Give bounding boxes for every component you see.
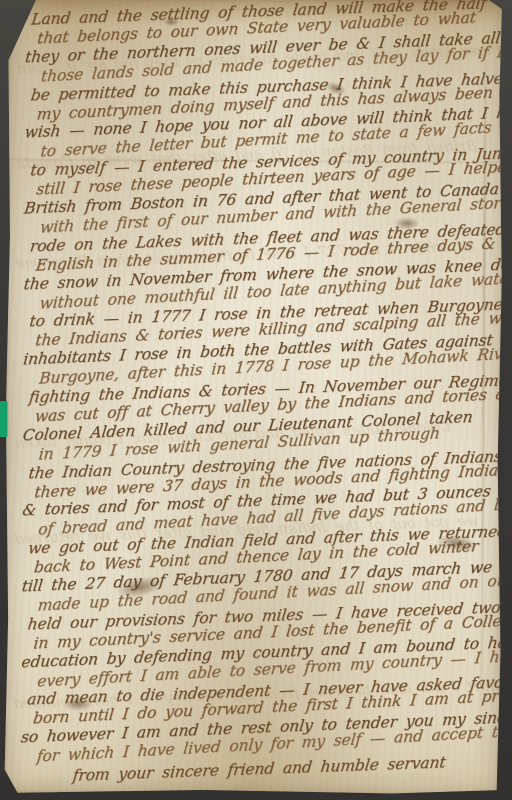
ink-stain: [63, 697, 93, 711]
scan-background: those lands sold and made together as th…: [0, 0, 512, 800]
ink-stain: [394, 217, 420, 230]
manuscript-page: those lands sold and made together as th…: [3, 0, 506, 797]
ink-stain: [163, 17, 179, 26]
green-archive-tab: [0, 401, 7, 437]
